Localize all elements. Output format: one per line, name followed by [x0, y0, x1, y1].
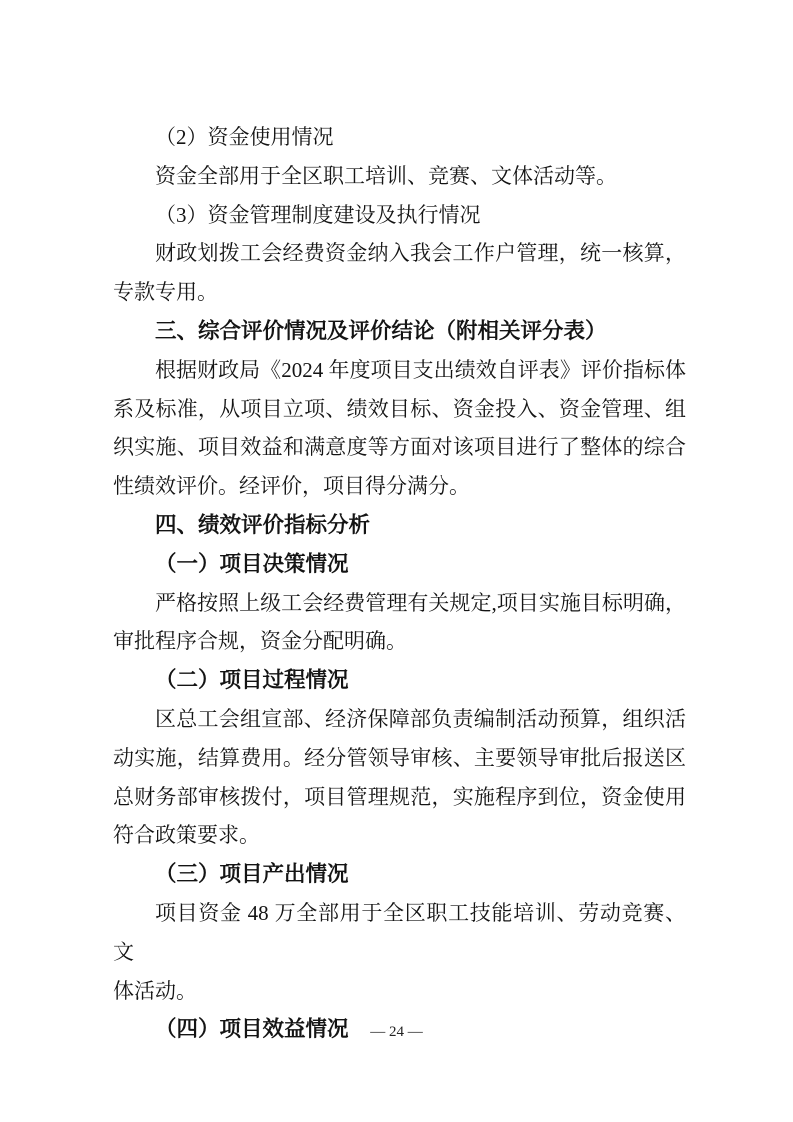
paragraph-line: 总财务部审核拨付，项目管理规范，实施程序到位，资金使用: [113, 778, 686, 817]
page-number: — 24 —: [370, 1024, 423, 1040]
paragraph-line: 审批程序合规，资金分配明确。: [113, 622, 686, 661]
paragraph-line: 体活动。: [113, 972, 686, 1011]
paragraph-line: （3）资金管理制度建设及执行情况: [113, 196, 686, 235]
paragraph-line: 区总工会组宣部、经济保障部负责编制活动预算，组织活: [113, 700, 686, 739]
paragraph-line: 资金全部用于全区职工培训、竞赛、文体活动等。: [113, 157, 686, 196]
paragraph-line: 严格按照上级工会经费管理有关规定,项目实施目标明确，: [113, 584, 686, 623]
paragraph-line: 性绩效评价。经评价，项目得分满分。: [113, 467, 686, 506]
page-footer: — 24 —: [0, 1024, 793, 1041]
paragraph-line: 织实施、项目效益和满意度等方面对该项目进行了整体的综合: [113, 428, 686, 467]
document-page: （2）资金使用情况资金全部用于全区职工培训、竞赛、文体活动等。（3）资金管理制度…: [0, 0, 793, 1122]
document-body: （2）资金使用情况资金全部用于全区职工培训、竞赛、文体活动等。（3）资金管理制度…: [113, 118, 686, 1049]
paragraph-line: 系及标准，从项目立项、绩效目标、资金投入、资金管理、组: [113, 390, 686, 429]
paragraph-line: 财政划拨工会经费资金纳入我会工作户管理，统一核算，: [113, 234, 686, 273]
heading-line: 四、绩效评价指标分析: [113, 506, 686, 545]
heading-line: （二）项目过程情况: [113, 661, 686, 700]
heading-line: （三）项目产出情况: [113, 855, 686, 894]
paragraph-line: 符合政策要求。: [113, 816, 686, 855]
paragraph-line: 根据财政局《2024 年度项目支出绩效自评表》评价指标体: [113, 351, 686, 390]
paragraph-line: 项目资金 48 万全部用于全区职工技能培训、劳动竞赛、文: [113, 894, 686, 972]
paragraph-line: 专款专用。: [113, 273, 686, 312]
heading-line: 三、综合评价情况及评价结论（附相关评分表）: [113, 312, 686, 351]
heading-line: （一）项目决策情况: [113, 545, 686, 584]
paragraph-line: （2）资金使用情况: [113, 118, 686, 157]
paragraph-line: 动实施，结算费用。经分管领导审核、主要领导审批后报送区: [113, 739, 686, 778]
